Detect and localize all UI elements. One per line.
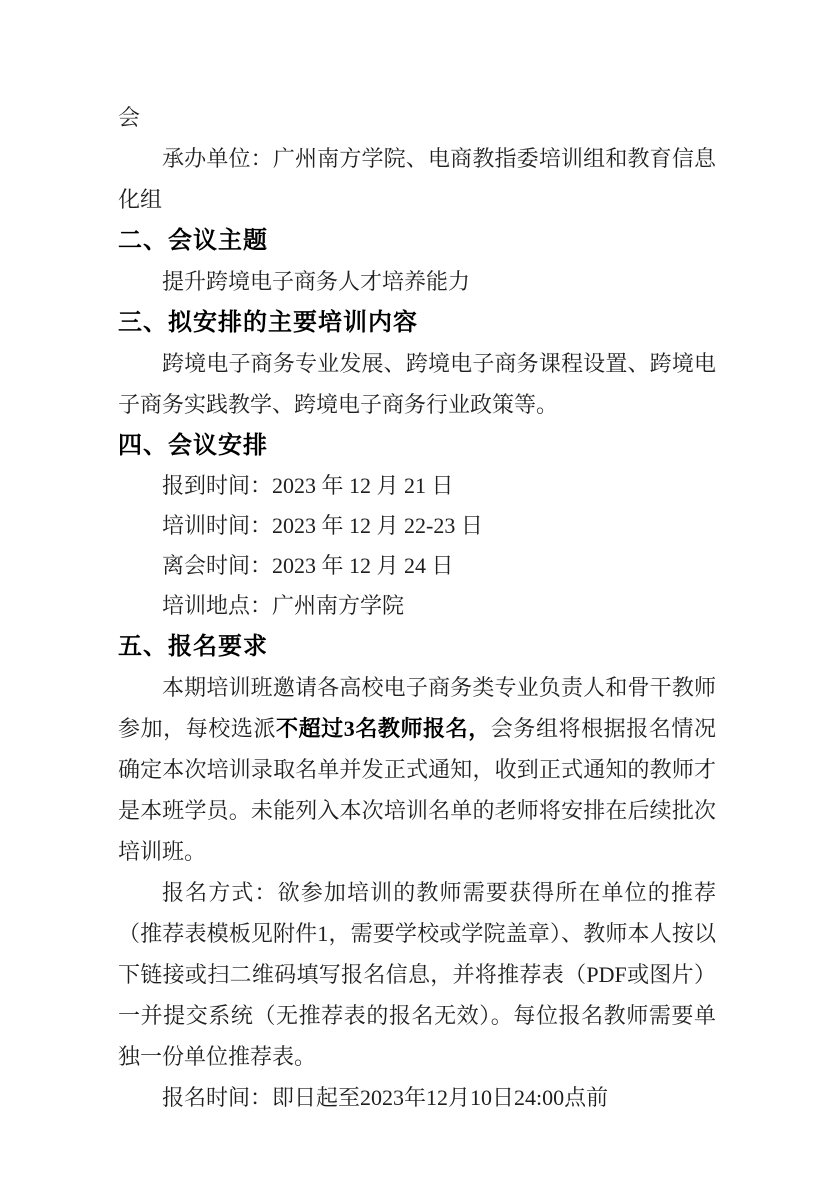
organizer-paragraph: 承办单位：广州南方学院、电商教指委培训组和教育信息化组 bbox=[118, 138, 716, 220]
continuation-line: 会 bbox=[118, 97, 716, 138]
section-heading-meeting-schedule: 四、会议安排 bbox=[118, 425, 716, 466]
schedule-checkin-time: 报到时间：2023 年 12 月 21 日 bbox=[118, 466, 716, 506]
registration-deadline-line: 报名时间：即日起至2023年12月10日24:00点前 bbox=[118, 1077, 716, 1118]
registration-paragraph-1: 本期培训班邀请各高校电子商务类专业负责人和骨干教师参加，每校选派不超过3名教师报… bbox=[118, 667, 716, 872]
training-content-body: 跨境电子商务专业发展、跨境电子商务课程设置、跨境电子商务实践教学、跨境电子商务行… bbox=[118, 343, 716, 425]
registration-method-paragraph: 报名方式：欲参加培训的教师需要获得所在单位的推荐（推荐表模板见附件1，需要学校或… bbox=[118, 872, 716, 1077]
document-page: 会 承办单位：广州南方学院、电商教指委培训组和教育信息化组 二、会议主题 提升跨… bbox=[0, 0, 834, 1188]
registration-p1-quota-bold: 不超过3名教师报名， bbox=[276, 716, 491, 741]
meeting-theme-body: 提升跨境电子商务人才培养能力 bbox=[118, 261, 716, 302]
section-heading-registration-requirements: 五、报名要求 bbox=[118, 626, 716, 667]
schedule-departure-time: 离会时间：2023 年 12 月 24 日 bbox=[118, 546, 716, 586]
section-heading-training-content: 三、拟安排的主要培训内容 bbox=[118, 302, 716, 343]
schedule-training-location: 培训地点：广州南方学院 bbox=[118, 586, 716, 626]
section-heading-meeting-theme: 二、会议主题 bbox=[118, 220, 716, 261]
schedule-training-time: 培训时间：2023 年 12 月 22-23 日 bbox=[118, 506, 716, 546]
